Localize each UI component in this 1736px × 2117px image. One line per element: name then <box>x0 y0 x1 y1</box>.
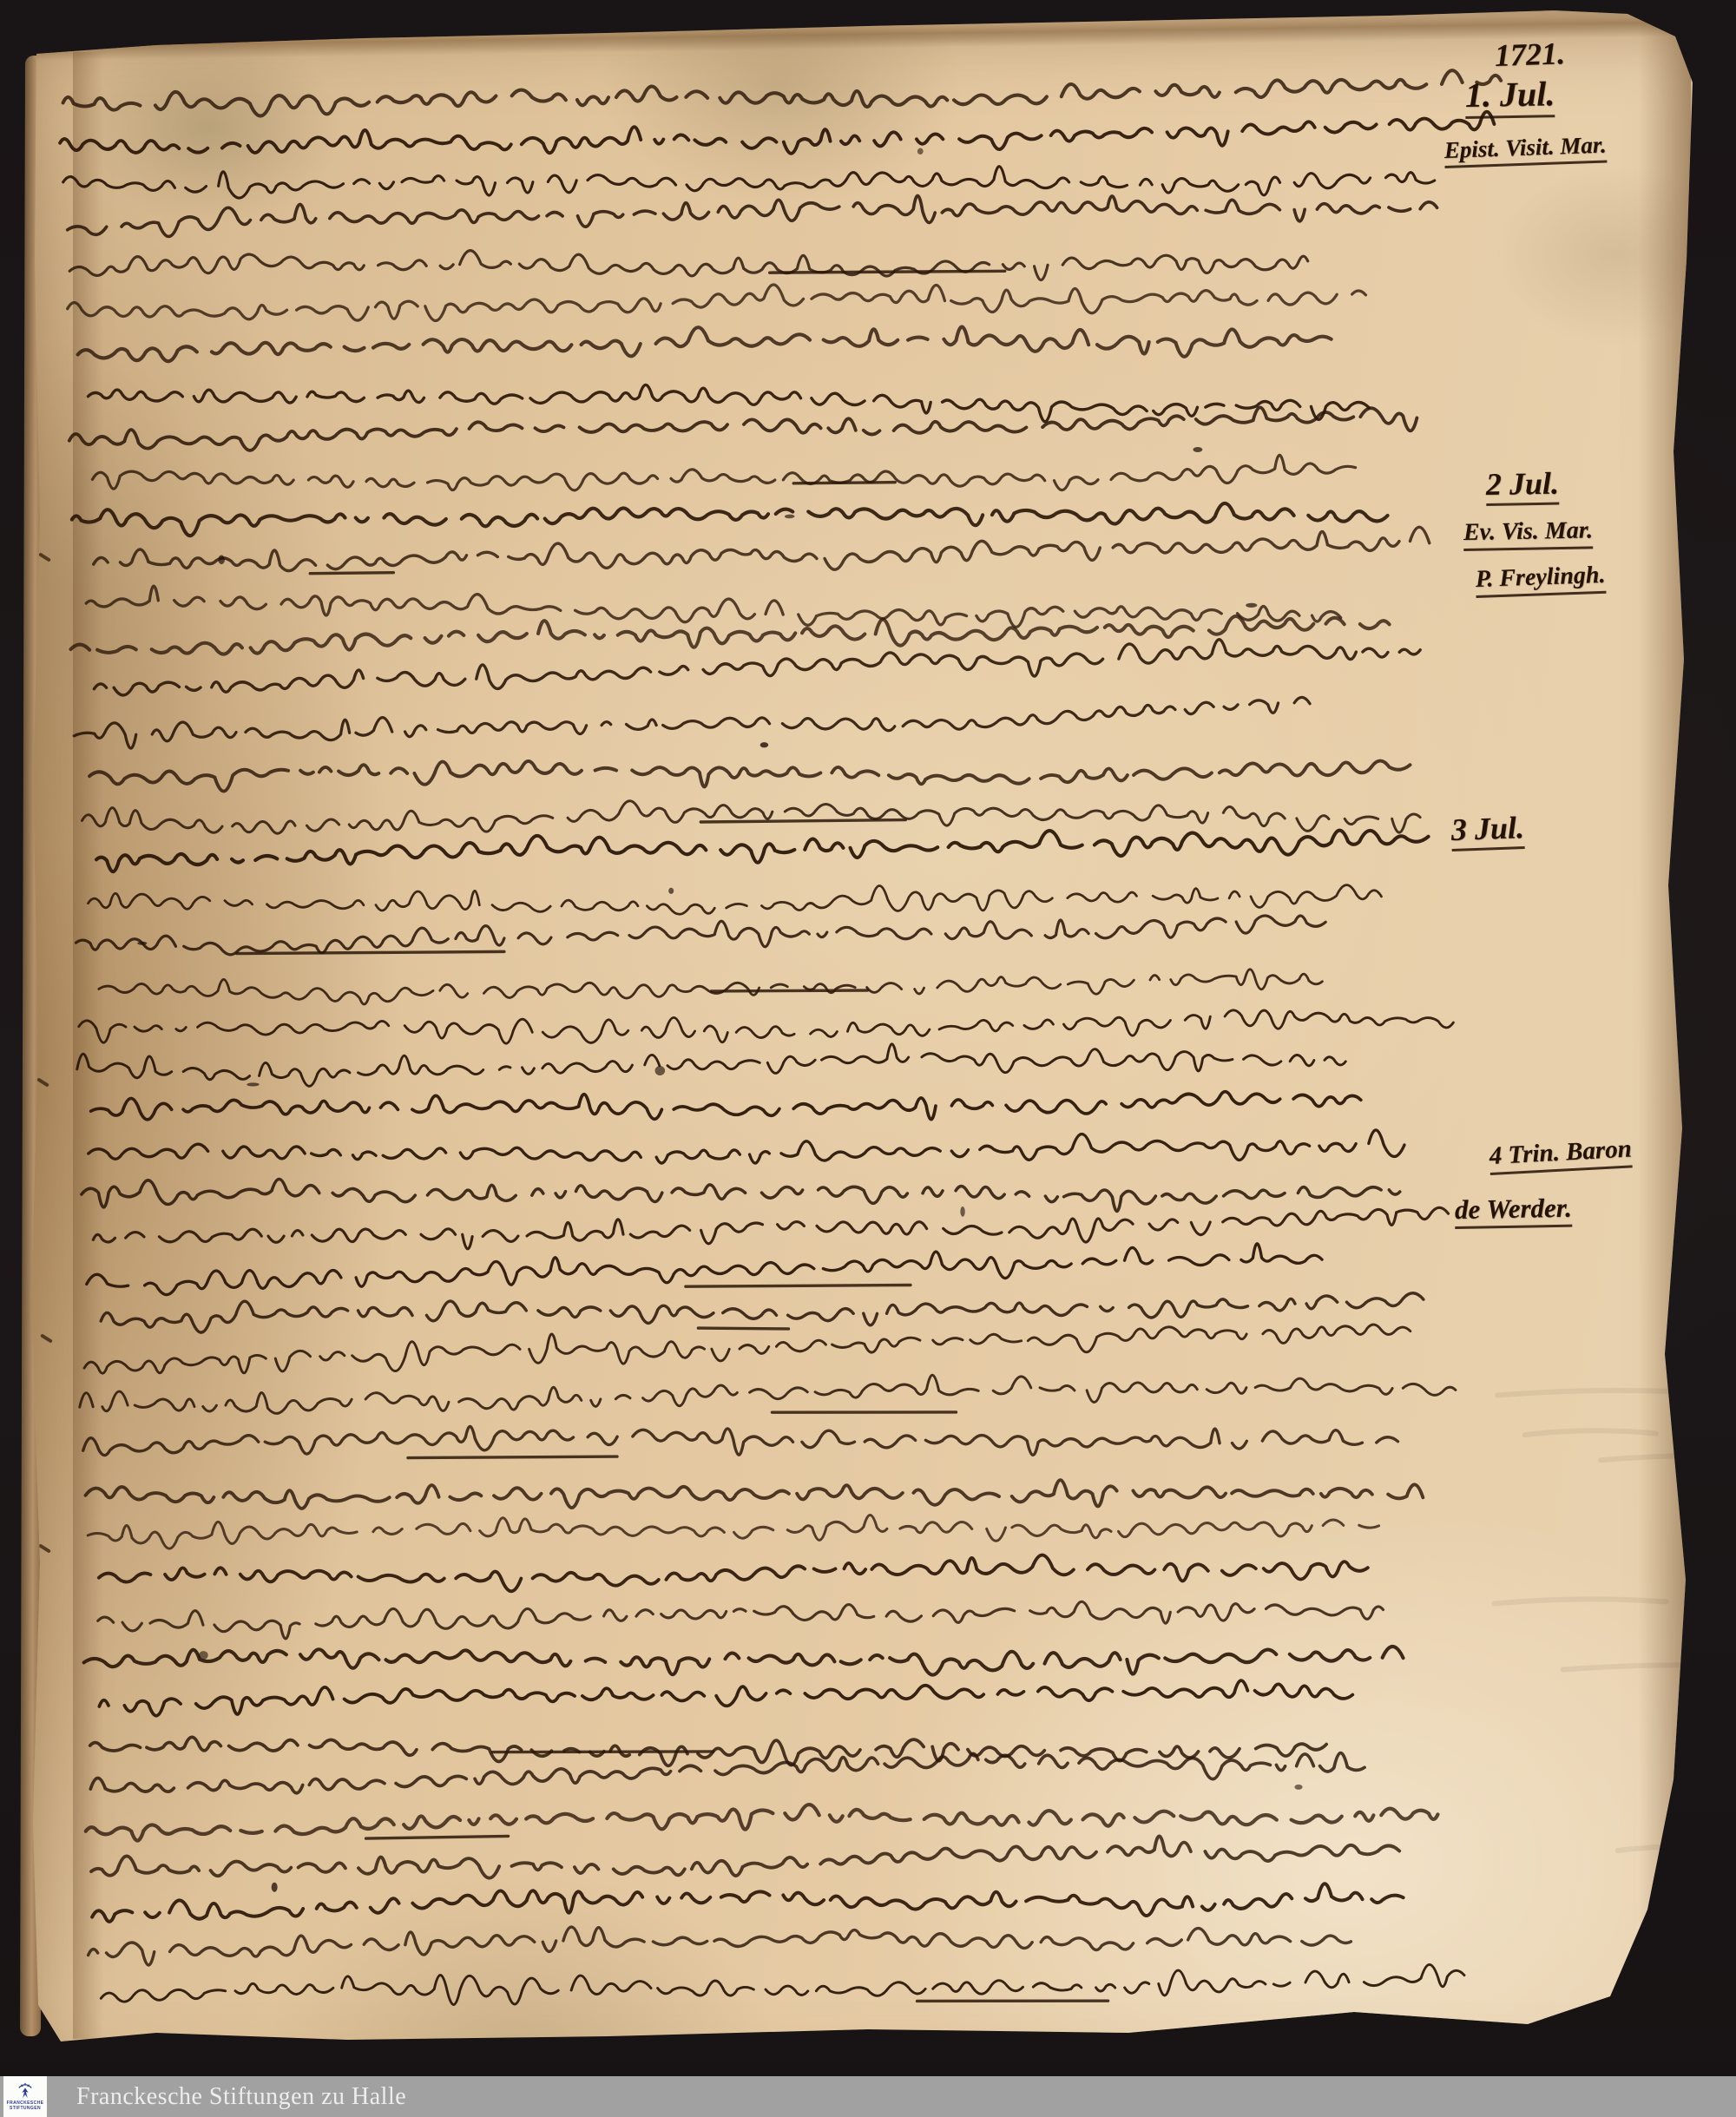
margin-note: 3 Jul. <box>1450 812 1524 851</box>
logo-wordmark: FRANCKESCHE STIFTUNGEN <box>7 2101 44 2111</box>
margin-note: 2 Jul. <box>1486 468 1560 506</box>
margin-note: 1. Jul. <box>1465 76 1555 119</box>
margin-note: Ev. Vis. Mar. <box>1463 518 1594 551</box>
handwriting-body <box>0 0 1736 2117</box>
margin-note: de Werder. <box>1455 1194 1573 1229</box>
logo-line2: STIFTUNGEN <box>10 2106 41 2111</box>
margin-note: P. Freylingh. <box>1475 563 1606 598</box>
scan-viewport: 1721.1. Jul.Epist. Visit. Mar.2 Jul.Ev. … <box>0 0 1736 2117</box>
margin-note: Epist. Visit. Mar. <box>1443 133 1607 168</box>
footer-bar: FRANCKESCHE STIFTUNGEN Franckesche Stift… <box>0 2076 1736 2117</box>
eagle-sun-icon <box>14 2082 36 2100</box>
manuscript-page: 1721.1. Jul.Epist. Visit. Mar.2 Jul.Ev. … <box>0 0 1736 2117</box>
margin-note: 1721. <box>1494 37 1565 71</box>
footer-title: Franckesche Stiftungen zu Halle <box>76 2083 406 2111</box>
franckesche-stiftungen-logo: FRANCKESCHE STIFTUNGEN <box>3 2076 47 2117</box>
